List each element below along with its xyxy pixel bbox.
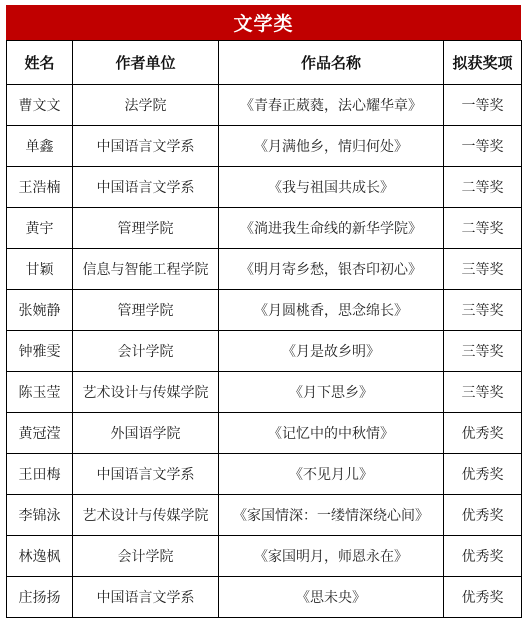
work-cell: 《我与祖国共成长》 xyxy=(219,167,444,208)
unit-cell: 信息与智能工程学院 xyxy=(73,249,219,290)
unit-cell: 管理学院 xyxy=(73,290,219,331)
award-cell: 一等奖 xyxy=(444,126,522,167)
col-header-work: 作品名称 xyxy=(219,41,444,85)
work-cell: 《不见月儿》 xyxy=(219,454,444,495)
name-cell: 曹文文 xyxy=(7,85,73,126)
work-cell: 《家国情深：一缕情深绕心间》 xyxy=(219,495,444,536)
table-row: 钟雅雯会计学院《月是故乡明》三等奖 xyxy=(7,331,522,372)
unit-cell: 中国语言文学系 xyxy=(73,167,219,208)
name-cell: 王田梅 xyxy=(7,454,73,495)
work-cell: 《月是故乡明》 xyxy=(219,331,444,372)
col-header-name: 姓名 xyxy=(7,41,73,85)
table-row: 黄宇管理学院《淌进我生命线的新华学院》二等奖 xyxy=(7,208,522,249)
name-cell: 黄宇 xyxy=(7,208,73,249)
table-row: 王浩楠中国语言文学系《我与祖国共成长》二等奖 xyxy=(7,167,522,208)
work-cell: 《记忆中的中秋情》 xyxy=(219,413,444,454)
unit-cell: 外国语学院 xyxy=(73,413,219,454)
table-row: 单鑫中国语言文学系《月满他乡，情归何处》一等奖 xyxy=(7,126,522,167)
name-cell: 黄冠滢 xyxy=(7,413,73,454)
work-cell: 《思未央》 xyxy=(219,577,444,618)
work-cell: 《家国明月，师恩永在》 xyxy=(219,536,444,577)
table-row: 王田梅中国语言文学系《不见月儿》优秀奖 xyxy=(7,454,522,495)
name-cell: 张婉静 xyxy=(7,290,73,331)
table-title-bar: 文学类 xyxy=(6,5,521,40)
work-cell: 《青春正葳蕤，法心耀华章》 xyxy=(219,85,444,126)
award-cell: 二等奖 xyxy=(444,208,522,249)
name-cell: 李锦泳 xyxy=(7,495,73,536)
unit-cell: 中国语言文学系 xyxy=(73,577,219,618)
table-body: 曹文文法学院《青春正葳蕤，法心耀华章》一等奖单鑫中国语言文学系《月满他乡，情归何… xyxy=(7,85,522,618)
name-cell: 甘颖 xyxy=(7,249,73,290)
name-cell: 钟雅雯 xyxy=(7,331,73,372)
award-cell: 三等奖 xyxy=(444,290,522,331)
work-cell: 《明月寄乡愁，银杏印初心》 xyxy=(219,249,444,290)
page: 文学类 姓名 作者单位 作品名称 拟获奖项 曹文文法学院《青春正葳蕤，法心耀华章… xyxy=(0,0,527,638)
name-cell: 林逸枫 xyxy=(7,536,73,577)
table-row: 甘颖信息与智能工程学院《明月寄乡愁，银杏印初心》三等奖 xyxy=(7,249,522,290)
name-cell: 庄扬扬 xyxy=(7,577,73,618)
unit-cell: 艺术设计与传媒学院 xyxy=(73,495,219,536)
unit-cell: 艺术设计与传媒学院 xyxy=(73,372,219,413)
table-row: 李锦泳艺术设计与传媒学院《家国情深：一缕情深绕心间》优秀奖 xyxy=(7,495,522,536)
header-row: 姓名 作者单位 作品名称 拟获奖项 xyxy=(7,41,522,85)
award-cell: 优秀奖 xyxy=(444,454,522,495)
name-cell: 陈玉莹 xyxy=(7,372,73,413)
work-cell: 《月圆桃香，思念绵长》 xyxy=(219,290,444,331)
unit-cell: 中国语言文学系 xyxy=(73,454,219,495)
table-row: 林逸枫会计学院《家国明月，师恩永在》优秀奖 xyxy=(7,536,522,577)
award-cell: 三等奖 xyxy=(444,331,522,372)
award-cell: 优秀奖 xyxy=(444,495,522,536)
table-row: 黄冠滢外国语学院《记忆中的中秋情》优秀奖 xyxy=(7,413,522,454)
award-cell: 二等奖 xyxy=(444,167,522,208)
table-row: 庄扬扬中国语言文学系《思未央》优秀奖 xyxy=(7,577,522,618)
work-cell: 《月下思乡》 xyxy=(219,372,444,413)
col-header-award: 拟获奖项 xyxy=(444,41,522,85)
unit-cell: 会计学院 xyxy=(73,536,219,577)
award-cell: 优秀奖 xyxy=(444,536,522,577)
award-cell: 优秀奖 xyxy=(444,413,522,454)
unit-cell: 会计学院 xyxy=(73,331,219,372)
table-row: 陈玉莹艺术设计与传媒学院《月下思乡》三等奖 xyxy=(7,372,522,413)
award-cell: 三等奖 xyxy=(444,372,522,413)
table-row: 曹文文法学院《青春正葳蕤，法心耀华章》一等奖 xyxy=(7,85,522,126)
award-cell: 三等奖 xyxy=(444,249,522,290)
award-table-container: 文学类 姓名 作者单位 作品名称 拟获奖项 曹文文法学院《青春正葳蕤，法心耀华章… xyxy=(6,5,521,618)
work-cell: 《淌进我生命线的新华学院》 xyxy=(219,208,444,249)
award-cell: 一等奖 xyxy=(444,85,522,126)
awards-table: 姓名 作者单位 作品名称 拟获奖项 曹文文法学院《青春正葳蕤，法心耀华章》一等奖… xyxy=(6,40,522,618)
col-header-unit: 作者单位 xyxy=(73,41,219,85)
name-cell: 王浩楠 xyxy=(7,167,73,208)
name-cell: 单鑫 xyxy=(7,126,73,167)
work-cell: 《月满他乡，情归何处》 xyxy=(219,126,444,167)
unit-cell: 中国语言文学系 xyxy=(73,126,219,167)
unit-cell: 管理学院 xyxy=(73,208,219,249)
unit-cell: 法学院 xyxy=(73,85,219,126)
award-cell: 优秀奖 xyxy=(444,577,522,618)
table-row: 张婉静管理学院《月圆桃香，思念绵长》三等奖 xyxy=(7,290,522,331)
